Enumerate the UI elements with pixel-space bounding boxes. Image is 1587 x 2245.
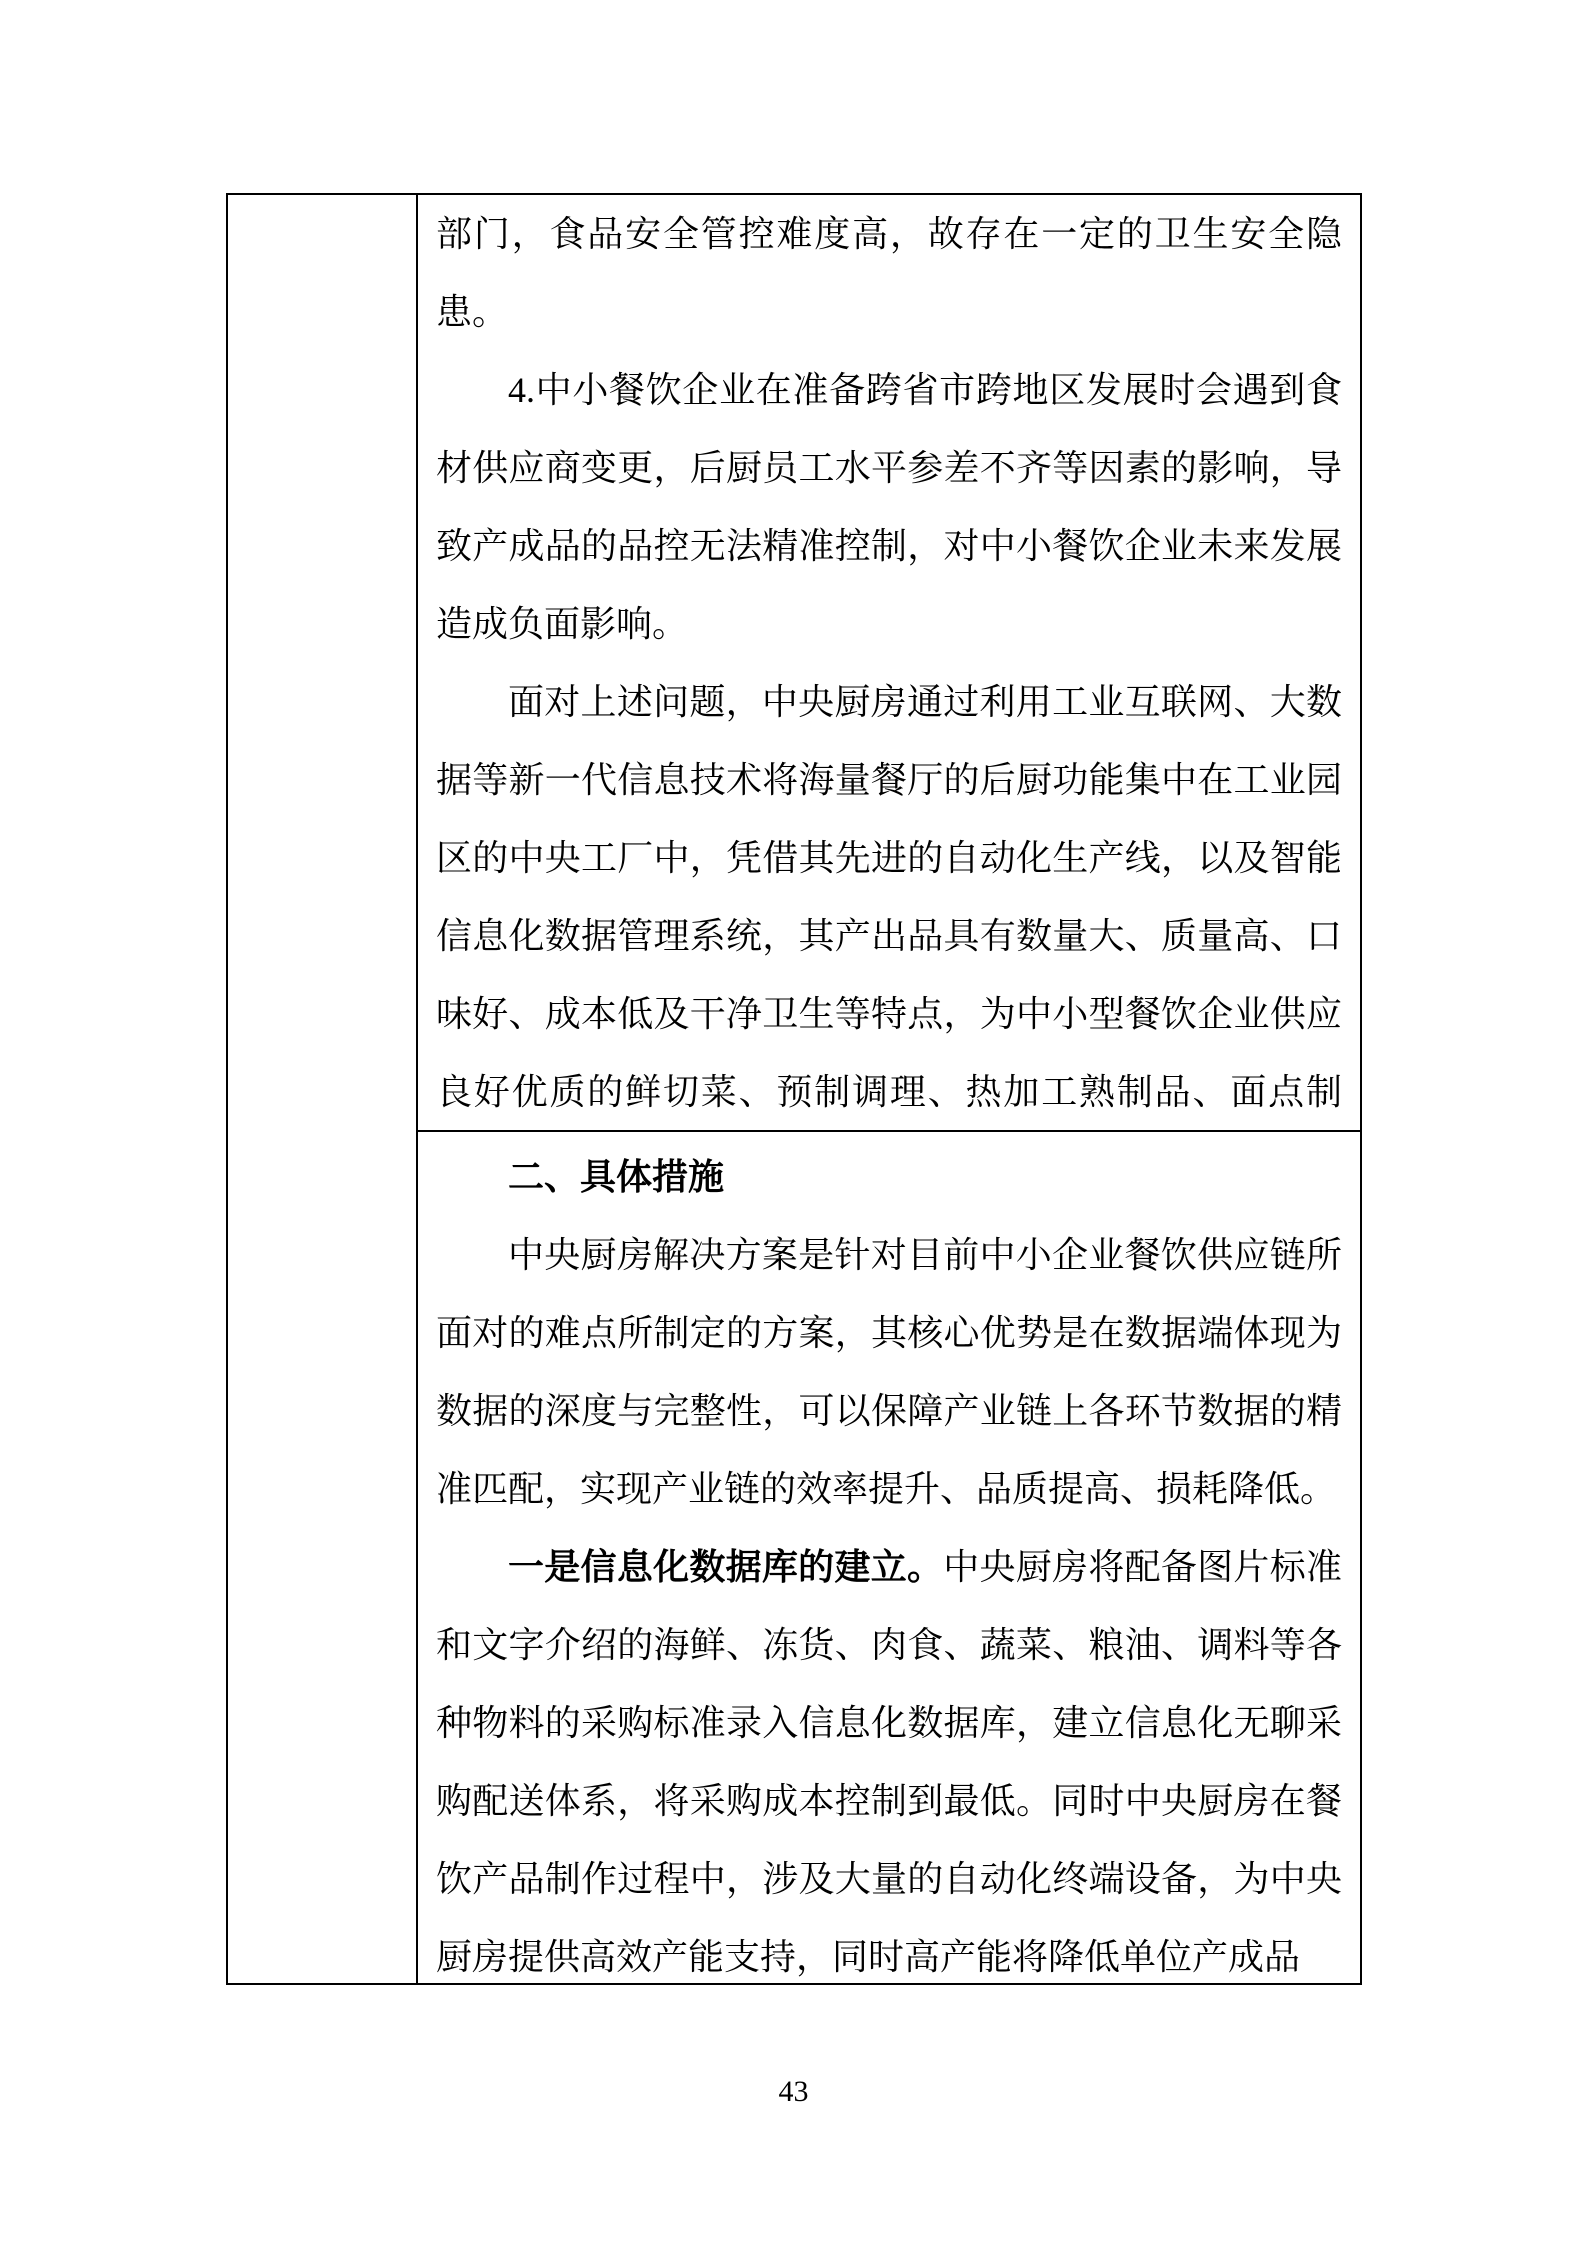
paragraph-measure1: 一是信息化数据库的建立。中央厨房将配备图片标准和文字介绍的海鲜、冻货、肉食、蔬菜… bbox=[436, 1528, 1342, 1983]
measure1-bold-lead: 一是信息化数据库的建立。 bbox=[508, 1547, 943, 1587]
right-column: 部门，食品安全管控难度高，故存在一定的卫生安全隐患。 4.中小餐饮企业在准备跨省… bbox=[418, 195, 1360, 1983]
paragraph-measures-intro: 中央厨房解决方案是针对目前中小企业餐饮供应链所面对的难点所制定的方案，其核心优势… bbox=[436, 1216, 1342, 1528]
paragraph-item4: 4.中小餐饮企业在准备跨省市跨地区发展时会遇到食材供应商变更，后厨员工水平参差不… bbox=[436, 351, 1342, 663]
problems-cell: 部门，食品安全管控难度高，故存在一定的卫生安全隐患。 4.中小餐饮企业在准备跨省… bbox=[418, 195, 1360, 1132]
left-column-cell bbox=[228, 195, 418, 1983]
paragraph-solution: 面对上述问题，中央厨房通过利用工业互联网、大数据等新一代信息技术将海量餐厅的后厨… bbox=[436, 663, 1342, 1132]
content-table: 部门，食品安全管控难度高，故存在一定的卫生安全隐患。 4.中小餐饮企业在准备跨省… bbox=[226, 193, 1362, 1985]
section-heading: 二、具体措施 bbox=[436, 1138, 1342, 1216]
paragraph-continuation: 部门，食品安全管控难度高，故存在一定的卫生安全隐患。 bbox=[436, 195, 1342, 351]
measure1-body-text: 中央厨房将配备图片标准和文字介绍的海鲜、冻货、肉食、蔬菜、粮油、调料等各种物料的… bbox=[436, 1547, 1342, 1977]
measures-cell: 二、具体措施 中央厨房解决方案是针对目前中小企业餐饮供应链所面对的难点所制定的方… bbox=[418, 1132, 1360, 1983]
page-number: 43 bbox=[0, 2072, 1587, 2112]
